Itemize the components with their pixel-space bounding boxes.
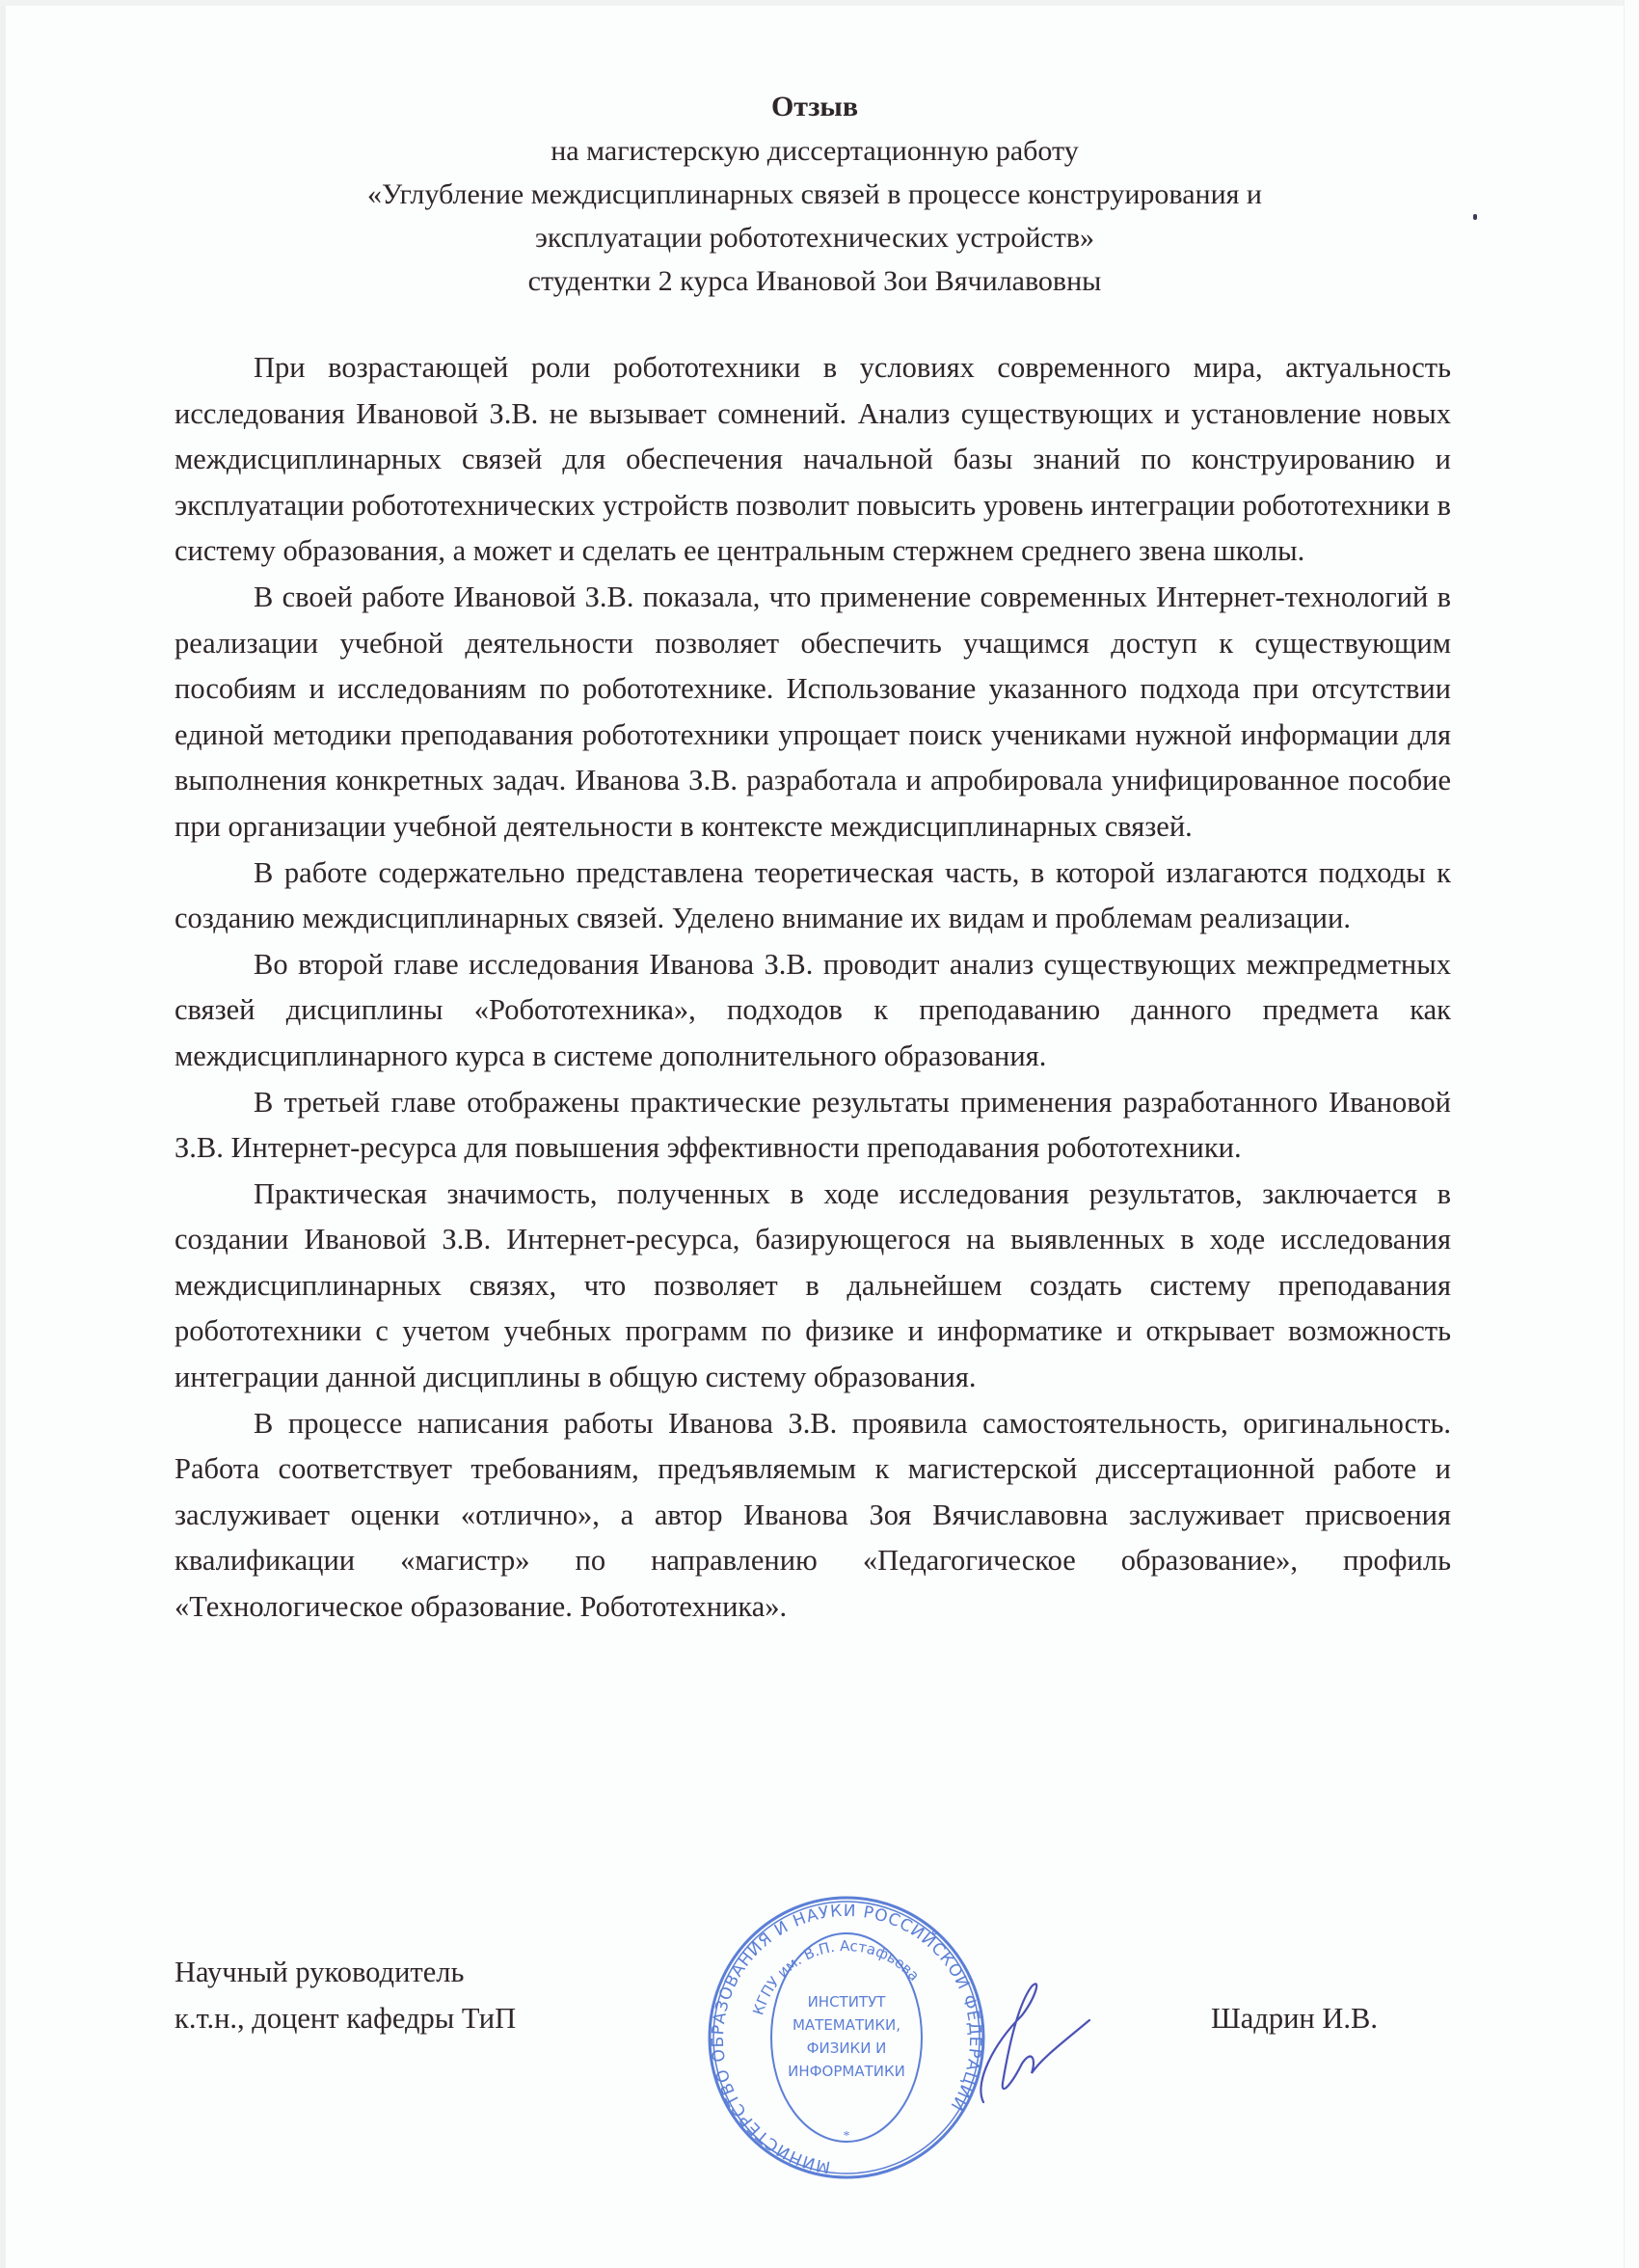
svg-text:ФИЗИКИ И: ФИЗИКИ И — [807, 2039, 887, 2057]
signature-name: Шадрин И.В. — [1211, 1995, 1378, 2041]
signature-role-line2: к.т.н., доцент кафедры ТиП — [175, 1995, 516, 2041]
document-body: При возрастающей роли робототехники в ус… — [175, 345, 1451, 1631]
scan-edge-left — [0, 0, 6, 2268]
paragraph: В третьей главе отображены практические … — [175, 1080, 1451, 1172]
scan-edge-right — [1624, 0, 1639, 2268]
signature-role: Научный руководитель к.т.н., доцент кафе… — [175, 1949, 516, 2041]
svg-text:ИНФОРМАТИКИ: ИНФОРМАТИКИ — [788, 2063, 905, 2080]
svg-text:МАТЕМАТИКИ,: МАТЕМАТИКИ, — [793, 2016, 900, 2034]
subtitle-line: «Углубление междисциплинарных связей в п… — [174, 173, 1456, 216]
subtitle-line: на магистерскую диссертационную работу — [174, 129, 1456, 173]
paragraph: В работе содержательно представлена теор… — [175, 850, 1451, 942]
paragraph: При возрастающей роли робототехники в ус… — [175, 345, 1451, 575]
paragraph: В процессе написания работы Иванова З.В.… — [175, 1401, 1451, 1631]
subtitle-line: эксплуатации робототехнических устройств… — [174, 216, 1456, 259]
paragraph: В своей работе Ивановой З.В. показала, ч… — [175, 575, 1451, 850]
document-header: Отзыв на магистерскую диссертационную ра… — [174, 85, 1456, 303]
svg-text:*: * — [844, 2129, 850, 2144]
scan-speck — [1473, 214, 1477, 220]
svg-text:ИНСТИТУТ: ИНСТИТУТ — [808, 1993, 887, 2011]
scan-edge-top — [0, 0, 1639, 6]
document-title: Отзыв — [174, 85, 1456, 129]
handwritten-signature-icon — [964, 1967, 1099, 2112]
subtitle-line: студентки 2 курса Ивановой Зои Вячилавов… — [174, 259, 1456, 303]
paragraph: Во второй главе исследования Иванова З.В… — [175, 942, 1451, 1080]
signature-role-line1: Научный руководитель — [175, 1949, 516, 1995]
stamp-seal-icon: МИНИСТЕРСТВО ОБРАЗОВАНИЯ И НАУКИ РОССИЙС… — [704, 1893, 989, 2182]
paragraph: Практическая значимость, полученных в хо… — [175, 1172, 1451, 1401]
